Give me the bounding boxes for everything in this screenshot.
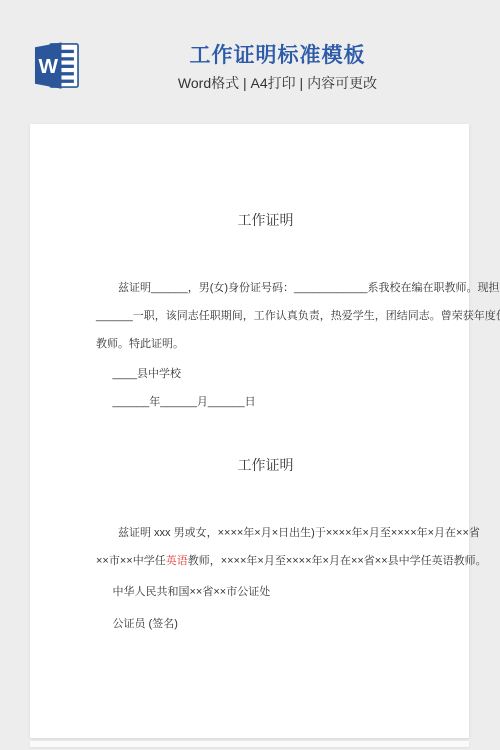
section1-paragraph: 兹证明______，男(女)身份证号码：____________系我校在编在职教…: [96, 274, 435, 358]
doc-title-section1: 工作证明: [96, 211, 435, 229]
document-page: 工作证明 兹证明______，男(女)身份证号码：____________系我校…: [30, 124, 469, 738]
next-page-edge: [30, 741, 469, 747]
section2-notary-line-wrap: 中华人民共和国××省××市公证处: [96, 578, 435, 606]
section2-line2-pre: ××市××中学任: [96, 555, 166, 567]
section2-signer-line: 公证员 (签名): [96, 610, 435, 638]
section1-date-line: ______年______月______日: [96, 388, 435, 416]
section2-paragraph-line1: 兹证明 xxx 男或女，××××年×月×日出生)于××××年×月至××××年×月…: [96, 519, 435, 547]
template-preview-page: W 工作证明标准模板 Word格式 | A4打印 | 内容可更改 工作证明 兹证…: [0, 0, 500, 750]
page-subtitle: Word格式 | A4打印 | 内容可更改: [55, 75, 500, 91]
header-text: 工作证明标准模板 Word格式 | A4打印 | 内容可更改: [55, 44, 500, 91]
doc-title-section2: 工作证明: [96, 456, 435, 474]
section1-school-line-wrap: ____县中学校: [96, 360, 435, 388]
section1-paragraph-line3: 教师。特此证明。: [96, 330, 435, 358]
section1-school-line: ____县中学校: [96, 360, 435, 388]
section2-paragraph-line2: ××市××中学任英语教师，××××年×月至××××年×月在××省××县中学任英语…: [96, 547, 435, 575]
header: W 工作证明标准模板 Word格式 | A4打印 | 内容可更改: [0, 0, 500, 124]
section2-paragraph: 兹证明 xxx 男或女，××××年×月×日出生)于××××年×月至××××年×月…: [96, 519, 435, 575]
page-title: 工作证明标准模板: [55, 44, 500, 68]
section2-signer-line-wrap: 公证员 (签名): [96, 610, 435, 638]
section2-line2-post: 教师，××××年×月至××××年×月在××省××县中学任英语教师。: [188, 555, 487, 567]
section1-date-line-wrap: ______年______月______日: [96, 388, 435, 416]
section1-paragraph-line2: ______一职，该同志任职期间，工作认真负责，热爱学生，团结同志。曾荣获年度优…: [96, 302, 435, 330]
section1-paragraph-line1: 兹证明______，男(女)身份证号码：____________系我校在编在职教…: [96, 274, 435, 302]
section2-line2-highlight: 英语: [166, 555, 188, 567]
section2-notary-line: 中华人民共和国××省××市公证处: [96, 578, 435, 606]
